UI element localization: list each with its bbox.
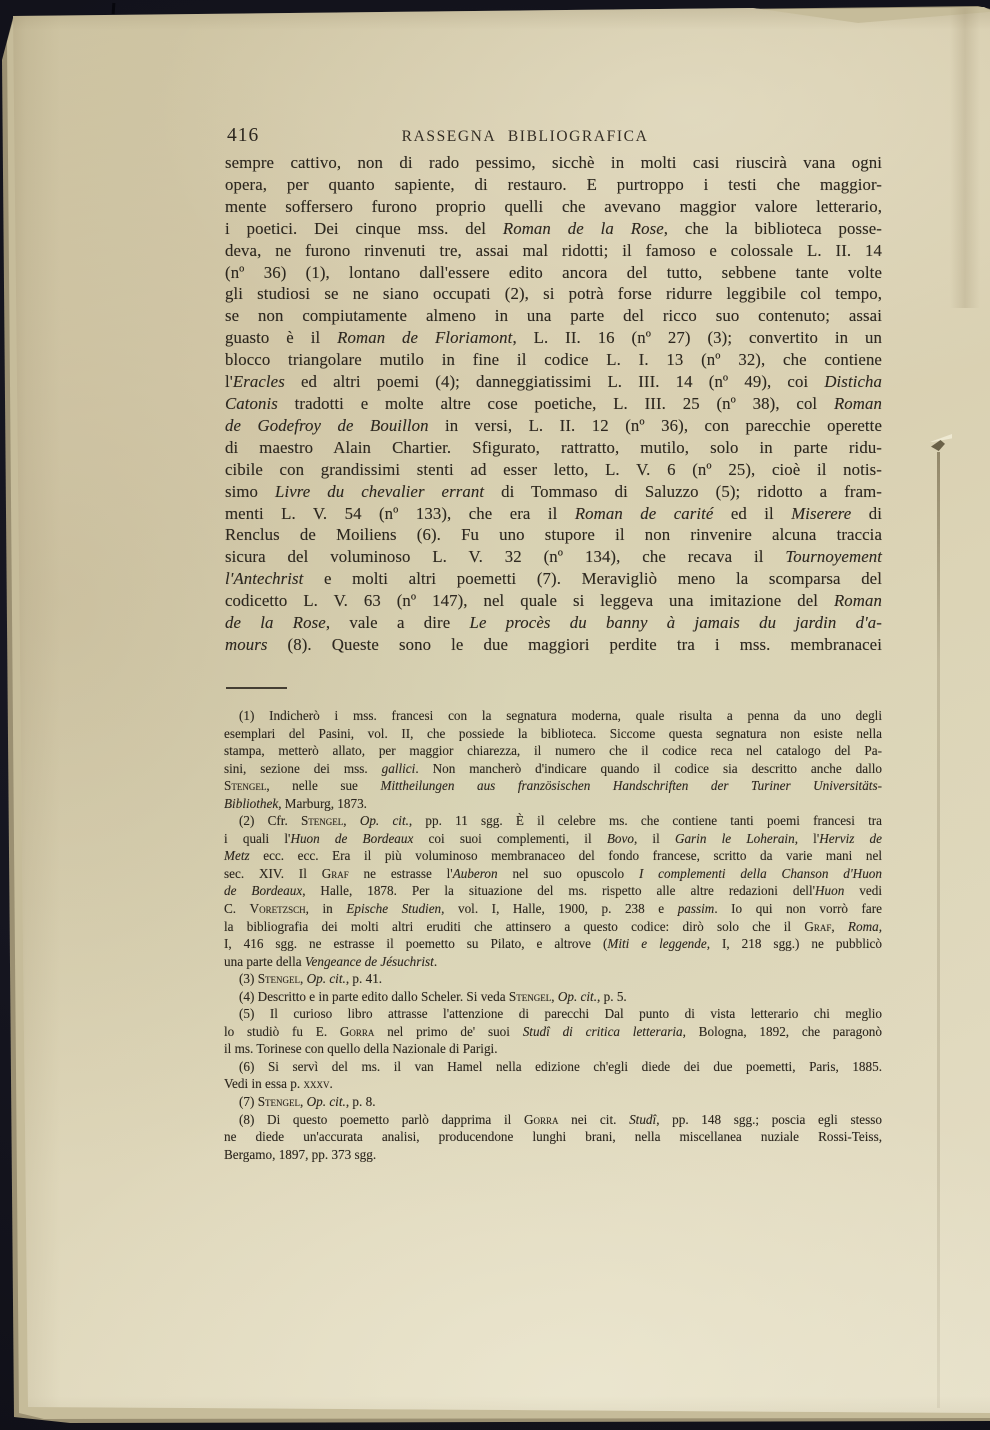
italic-text: Metz — [224, 848, 250, 863]
text-run: guasto è il — [225, 328, 337, 347]
text-run: , vale a dire — [326, 613, 470, 632]
text-run: di — [851, 504, 882, 523]
italic-text: l'Antechrist — [225, 569, 303, 588]
text-run: la bibliografia dei molti altri eruditi … — [224, 919, 804, 934]
text-line: il ms. Torinese con quello della Naziona… — [224, 1040, 882, 1058]
text-run: i quali l' — [224, 831, 290, 846]
text-line: (8) Di questo poemetto parlò dapprima il… — [224, 1111, 882, 1129]
italic-text: Epische Studien — [346, 901, 441, 916]
italic-text: Bovo — [607, 831, 634, 846]
text-run: se non compiutamente almeno in una parte… — [225, 306, 882, 325]
text-run: , p. 8. — [346, 1094, 376, 1109]
text-line: la bibliografia dei molti altri eruditi … — [224, 918, 882, 936]
text-run: ne estrasse l' — [349, 866, 453, 881]
text-line: esemplari del Pasini, vol. II, che possi… — [224, 725, 882, 743]
text-run: il ms. Torinese con quello della Naziona… — [224, 1041, 498, 1056]
text-run: codicetto L. V. 63 (nº 147), nel quale s… — [225, 591, 834, 610]
footnote: (3) Stengel, Op. cit., p. 41. — [224, 970, 882, 988]
journal-title: RASSEGNA BIBLIOGRAFICA — [225, 128, 825, 146]
text-run: , nelle sue — [266, 778, 380, 793]
text-run: , l' — [795, 831, 820, 846]
text-run: I, 416 sgg. ne estrasse il poemetto su P… — [224, 936, 607, 951]
text-line: (5) Il curioso libro attrasse l'attenzio… — [224, 1005, 882, 1023]
text-line: Vedi in essa p. xxxv. — [224, 1075, 882, 1093]
text-line: i quali l'Huon de Bordeaux coi suoi comp… — [224, 830, 882, 848]
text-run: una parte della — [224, 954, 305, 969]
text-run: , vol. I, Halle, 1900, p. 238 e — [441, 901, 678, 916]
smallcaps-text: Stengel — [509, 989, 551, 1004]
italic-text: Huon — [815, 883, 844, 898]
text-line: blocco triangolare mutilo in fine il cod… — [225, 349, 882, 371]
text-run: menti L. V. 54 (nº 133), che era il — [225, 504, 575, 523]
text-line: de Godefroy de Bouillon in versi, L. II.… — [225, 415, 882, 437]
text-run: gli studiosi se ne siano occupati (2), s… — [225, 284, 882, 303]
footnote: (7) Stengel, Op. cit., p. 8. — [224, 1093, 882, 1111]
italic-text: gallici — [382, 761, 416, 776]
italic-text: Op. cit. — [307, 1094, 346, 1109]
text-line: di maestro Alain Chartier. Sfigurato, ra… — [225, 437, 882, 459]
italic-text: Roman — [834, 394, 882, 413]
text-run: stampa, metterò allato, per maggior chia… — [224, 743, 882, 758]
footnote: (8) Di questo poemetto parlò dapprima il… — [224, 1111, 882, 1164]
text-run: e molti altri poemetti (7). Meravigliò m… — [303, 569, 882, 588]
text-line: opera, per quanto sapiente, di restauro.… — [225, 174, 882, 196]
italic-text: Roman — [834, 591, 882, 610]
text-run: sini, sezione dei mss. — [224, 761, 382, 776]
text-run: simo — [225, 482, 275, 501]
footnote: (1) Indicherò i mss. francesi con la seg… — [224, 707, 882, 812]
text-run: ed altri poemi (4); danneggiatissimi L. … — [285, 372, 824, 391]
text-run: , — [831, 919, 848, 934]
text-run: Bergamo, 1897, pp. 373 sgg. — [224, 1147, 376, 1162]
fold-shadow — [950, 8, 980, 308]
text-line: codicetto L. V. 63 (nº 147), nel quale s… — [225, 590, 882, 612]
text-run: , — [343, 813, 360, 828]
italic-text: Bibliothek — [224, 796, 278, 811]
text-run: opera, per quanto sapiente, di restauro.… — [225, 175, 882, 194]
text-run: , il — [634, 831, 675, 846]
text-run: l' — [225, 372, 233, 391]
text-line: sempre cattivo, non di rado pessimo, sic… — [225, 152, 882, 174]
text-line: mours (8). Queste sono le due maggiori p… — [225, 634, 882, 656]
text-run: in versi, L. II. 12 (nº 36), con parecch… — [429, 416, 882, 435]
text-run: nel primo de' suoi — [374, 1024, 522, 1039]
italic-text: Tournoyement — [785, 547, 882, 566]
text-run: , Marburg, 1873. — [278, 796, 367, 811]
footnote: (4) Descritto e in parte edito dallo Sch… — [224, 988, 882, 1006]
text-run: , — [879, 919, 882, 934]
main-text: sempre cattivo, non di rado pessimo, sic… — [225, 152, 882, 656]
text-run: , I, 218 sgg.) ne pubblicò — [707, 936, 882, 951]
text-line: menti L. V. 54 (nº 133), che era il Roma… — [225, 503, 882, 525]
italic-text: Eracles — [233, 372, 285, 391]
footnotes: (1) Indicherò i mss. francesi con la seg… — [224, 707, 882, 1163]
text-line: Metz ecc. ecc. Era il più voluminoso mem… — [224, 847, 882, 865]
smallcaps-text: Gorra — [340, 1024, 375, 1039]
text-run: mente soffersero furono proprio quelli c… — [225, 197, 882, 216]
text-line: de la Rose, vale a dire Le procès du ban… — [225, 612, 882, 634]
text-line: simo Livre du chevalier errant di Tommas… — [225, 481, 882, 503]
footnote: (5) Il curioso libro attrasse l'attenzio… — [224, 1005, 882, 1058]
smallcaps-text: xxxv — [303, 1076, 329, 1091]
smallcaps-text: Stengel — [301, 813, 343, 828]
smallcaps-text: Graf — [322, 866, 349, 881]
text-line: lo studiò fu E. Gorra nel primo de' suoi… — [224, 1023, 882, 1041]
text-run: . — [329, 1076, 332, 1091]
text-run: di Tommaso di Saluzzo (5); ridotto a fra… — [484, 482, 882, 501]
text-line: i poetici. Dei cinque mss. del Roman de … — [225, 218, 882, 240]
text-line: Bergamo, 1897, pp. 373 sgg. — [224, 1146, 882, 1164]
text-run: vedi — [844, 883, 882, 898]
text-line: (3) Stengel, Op. cit., p. 41. — [224, 970, 882, 988]
scanbed-speck — [112, 3, 116, 14]
text-run: (2) Cfr. — [239, 813, 301, 828]
text-run: i poetici. Dei cinque mss. del — [225, 219, 503, 238]
italic-text: de Bordeaux — [224, 883, 302, 898]
text-run: , — [300, 1094, 307, 1109]
scanned-page: 416 RASSEGNA BIBLIOGRAFICA sempre cattiv… — [0, 0, 990, 1430]
text-run: (5) Il curioso libro attrasse l'attenzio… — [239, 1006, 882, 1021]
footnote: (2) Cfr. Stengel, Op. cit., pp. 11 sgg. … — [224, 812, 882, 970]
text-run: , p. 5. — [597, 989, 627, 1004]
text-run: (4) Descritto e in parte edito dallo Sch… — [239, 989, 509, 1004]
text-line: deva, ne furono rinvenuti tre, assai mal… — [225, 240, 882, 262]
italic-text: Catonis — [225, 394, 278, 413]
text-run: (7) — [239, 1094, 258, 1109]
text-run: di maestro Alain Chartier. Sfigurato, ra… — [225, 438, 882, 457]
italic-text: Miserere — [791, 504, 851, 523]
text-line: (7) Stengel, Op. cit., p. 8. — [224, 1093, 882, 1111]
text-run: Vedi in essa p. — [224, 1076, 303, 1091]
text-run: (3) — [239, 971, 258, 986]
text-line: sini, sezione dei mss. gallici. Non manc… — [224, 760, 882, 778]
text-run: tradotti e molte altre cose poetiche, L.… — [278, 394, 834, 413]
text-line: (1) Indicherò i mss. francesi con la seg… — [224, 707, 882, 725]
text-run: (nº 36) (1), lontano dall'essere edito a… — [225, 263, 882, 282]
text-run: . Non mancherò d'indicare quando il codi… — [415, 761, 882, 776]
text-run: coi suoi complementi, il — [413, 831, 606, 846]
smallcaps-text: Stengel — [224, 778, 266, 793]
text-run: , — [551, 989, 558, 1004]
text-line: l'Eracles ed altri poemi (4); danneggiat… — [225, 371, 882, 393]
text-line: una parte della Vengeance de Jésuchrist. — [224, 953, 882, 971]
text-run: deva, ne furono rinvenuti tre, assai mal… — [225, 241, 882, 260]
italic-text: Roma — [848, 919, 879, 934]
text-run: nel suo opuscolo — [498, 866, 639, 881]
text-run: nei cit. — [558, 1112, 629, 1127]
italic-text: Miti e leggende — [607, 936, 706, 951]
text-line: stampa, metterò allato, per maggior chia… — [224, 742, 882, 760]
italic-text: Mittheilungen aus französischen Handschr… — [380, 778, 882, 793]
text-run: ecc. ecc. Era il più voluminoso membrana… — [250, 848, 882, 863]
italic-text: Roman de carité — [575, 504, 714, 523]
text-line: sec. XIV. Il Graf ne estrasse l'Auberon … — [224, 865, 882, 883]
text-line: (4) Descritto e in parte edito dallo Sch… — [224, 988, 882, 1006]
text-line: (2) Cfr. Stengel, Op. cit., pp. 11 sgg. … — [224, 812, 882, 830]
text-line: I, 416 sgg. ne estrasse il poemetto su P… — [224, 935, 882, 953]
text-line: (nº 36) (1), lontano dall'essere edito a… — [225, 262, 882, 284]
italic-text: Auberon — [453, 866, 498, 881]
text-run: , L. II. 16 (nº 27) (3); convertito in u… — [512, 328, 882, 347]
text-line: mente soffersero furono proprio quelli c… — [225, 196, 882, 218]
text-run: , Halle, 1878. Per la situazione del ms.… — [302, 883, 815, 898]
text-run: sicura del voluminoso L. V. 32 (nº 134),… — [225, 547, 785, 566]
text-line: ne diede un'accurata analisi, producendo… — [224, 1128, 882, 1146]
text-line: Renclus de Moiliens (6). Fu uno stupore … — [225, 524, 882, 546]
text-run: sempre cattivo, non di rado pessimo, sic… — [225, 153, 882, 172]
text-run: . — [434, 954, 437, 969]
text-run: (8) Di questo poemetto parlò dapprima il — [239, 1112, 524, 1127]
italic-text: Studî — [629, 1112, 656, 1127]
italic-text: Herviz de — [819, 831, 882, 846]
text-run: ed il — [713, 504, 791, 523]
smallcaps-text: Stengel — [258, 971, 300, 986]
footnote: (6) Si servì del ms. il van Hamel nella … — [224, 1058, 882, 1093]
italic-text: Roman de la Rose — [503, 219, 664, 238]
text-line: l'Antechrist e molti altri poemetti (7).… — [225, 568, 882, 590]
text-line: gli studiosi se ne siano occupati (2), s… — [225, 283, 882, 305]
text-run: (6) Si servì del ms. il van Hamel nella … — [239, 1059, 882, 1074]
italic-text: Op. cit. — [360, 813, 409, 828]
text-line: Catonis tradotti e molte altre cose poet… — [225, 393, 882, 415]
text-run: . Io qui non vorrò fare — [714, 901, 882, 916]
italic-text: Op. cit. — [558, 989, 597, 1004]
smallcaps-text: Stengel — [258, 1094, 300, 1109]
italic-text: Le procès du banny à jamais du jardin d'… — [470, 613, 882, 632]
text-line: Stengel, nelle sue Mittheilungen aus fra… — [224, 777, 882, 795]
text-line: de Bordeaux, Halle, 1878. Per la situazi… — [224, 882, 882, 900]
smallcaps-text: Gorra — [524, 1112, 559, 1127]
text-run: , pp. 148 sgg.; poscia egli stesso — [656, 1112, 882, 1127]
text-line: Bibliothek, Marburg, 1873. — [224, 795, 882, 813]
text-run: , p. 41. — [346, 971, 382, 986]
text-line: C. Voretzsch, in Epische Studien, vol. I… — [224, 900, 882, 918]
footnote-separator — [226, 687, 287, 689]
smallcaps-text: Voretzsch — [250, 901, 306, 916]
text-run: (8). Queste sono le due maggiori perdite… — [267, 635, 882, 654]
text-run: , — [300, 971, 307, 986]
text-line: cibile con grandissimi stenti ad esser l… — [225, 459, 882, 481]
text-run: C. — [224, 901, 250, 916]
page-header: 416 RASSEGNA BIBLIOGRAFICA — [225, 125, 882, 149]
text-run: cibile con grandissimi stenti ad esser l… — [225, 460, 882, 479]
text-run: ne diede un'accurata analisi, producendo… — [224, 1129, 882, 1144]
italic-text: passim — [678, 901, 715, 916]
text-line: (6) Si servì del ms. il van Hamel nella … — [224, 1058, 882, 1076]
italic-text: Huon de Bordeaux — [290, 831, 413, 846]
text-run: Renclus de Moiliens (6). Fu uno stupore … — [225, 525, 882, 544]
paper-crease — [937, 452, 940, 1408]
text-run: lo studiò fu E. — [224, 1024, 340, 1039]
text-run: esemplari del Pasini, vol. II, che possi… — [224, 726, 882, 741]
italic-text: Op. cit. — [307, 971, 346, 986]
italic-text: de la Rose — [225, 613, 326, 632]
italic-text: mours — [225, 635, 267, 654]
text-line: guasto è il Roman de Floriamont, L. II. … — [225, 327, 882, 349]
italic-text: I complementi della Chanson d'Huon — [639, 866, 882, 881]
italic-text: de Godefroy de Bouillon — [225, 416, 429, 435]
italic-text: Garin le Loherain — [675, 831, 795, 846]
text-line: se non compiutamente almeno in una parte… — [225, 305, 882, 327]
text-run: , pp. 11 sgg. È il celebre ms. che conti… — [409, 813, 882, 828]
smallcaps-text: Graf — [804, 919, 831, 934]
italic-text: Studî di critica letteraria — [523, 1024, 683, 1039]
text-line: sicura del voluminoso L. V. 32 (nº 134),… — [225, 546, 882, 568]
text-run: (1) Indicherò i mss. francesi con la seg… — [239, 708, 882, 723]
italic-text: Vengeance de Jésuchrist — [305, 954, 434, 969]
italic-text: Disticha — [824, 372, 882, 391]
italic-text: Livre du chevalier errant — [275, 482, 484, 501]
text-run: , che la biblioteca posse- — [664, 219, 882, 238]
italic-text: Roman de Floriamont — [337, 328, 512, 347]
text-run: sec. XIV. Il — [224, 866, 322, 881]
text-run: blocco triangolare mutilo in fine il cod… — [225, 350, 882, 369]
text-run: , in — [306, 901, 347, 916]
text-run: , Bologna, 1892, che paragonò — [683, 1024, 882, 1039]
